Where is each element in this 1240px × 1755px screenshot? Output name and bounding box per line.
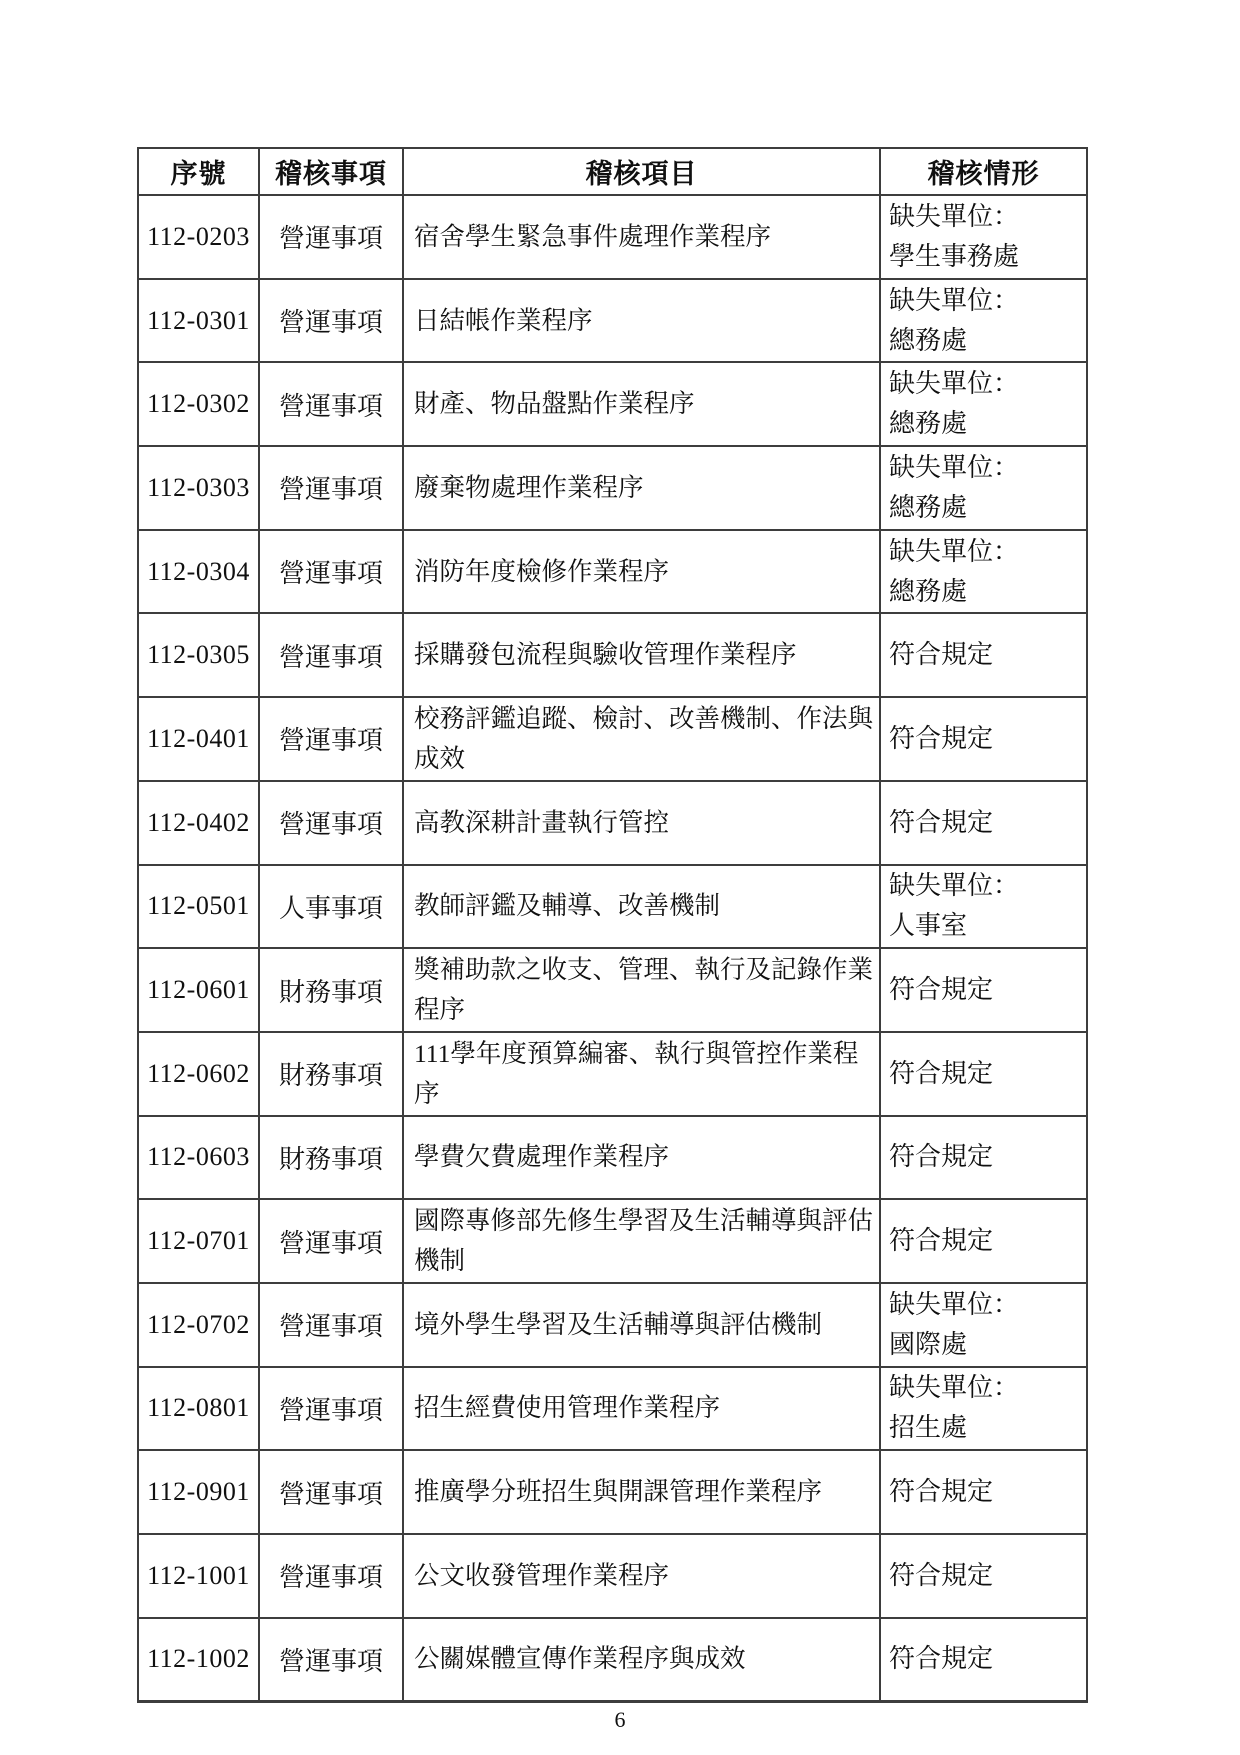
table-row: 112-0702 營運事項 境外學生學習及生活輔導與評估機制 缺失單位： 國際處 (138, 1283, 1087, 1367)
cell-category: 營運事項 (259, 279, 403, 363)
cell-item: 消防年度檢修作業程序 (403, 530, 880, 614)
cell-item: 財產、物品盤點作業程序 (403, 362, 880, 446)
cell-category: 營運事項 (259, 781, 403, 865)
header-category: 稽核事項 (259, 148, 403, 195)
cell-status: 缺失單位： 總務處 (880, 446, 1087, 530)
cell-item: 招生經費使用管理作業程序 (403, 1367, 880, 1451)
cell-item: 111學年度預算編審、執行與管控作業程 序 (403, 1032, 880, 1116)
cell-item: 公文收發管理作業程序 (403, 1534, 880, 1618)
cell-item: 採購發包流程與驗收管理作業程序 (403, 613, 880, 697)
cell-serial: 112-1002 (138, 1618, 259, 1702)
table-row: 112-0602 財務事項 111學年度預算編審、執行與管控作業程 序 符合規定 (138, 1032, 1087, 1116)
cell-status: 缺失單位： 國際處 (880, 1283, 1087, 1367)
table-row: 112-0203 營運事項 宿舍學生緊急事件處理作業程序 缺失單位： 學生事務處 (138, 195, 1087, 279)
table-row: 112-1002 營運事項 公關媒體宣傳作業程序與成效 符合規定 (138, 1618, 1087, 1702)
cell-status: 符合規定 (880, 948, 1087, 1032)
table-row: 112-0303 營運事項 廢棄物處理作業程序 缺失單位： 總務處 (138, 446, 1087, 530)
table-row: 112-0601 財務事項 獎補助款之收支、管理、執行及記錄作業 程序 符合規定 (138, 948, 1087, 1032)
cell-category: 營運事項 (259, 613, 403, 697)
cell-category: 營運事項 (259, 1283, 403, 1367)
cell-status: 符合規定 (880, 1199, 1087, 1283)
cell-category: 財務事項 (259, 1116, 403, 1200)
cell-status: 缺失單位： 總務處 (880, 362, 1087, 446)
cell-category: 營運事項 (259, 530, 403, 614)
cell-status: 缺失單位： 總務處 (880, 279, 1087, 363)
cell-serial: 112-0305 (138, 613, 259, 697)
cell-serial: 112-0401 (138, 697, 259, 781)
cell-serial: 112-0203 (138, 195, 259, 279)
cell-item: 日結帳作業程序 (403, 279, 880, 363)
table-row: 112-0701 營運事項 國際專修部先修生學習及生活輔導與評估 機制 符合規定 (138, 1199, 1087, 1283)
cell-item: 公關媒體宣傳作業程序與成效 (403, 1618, 880, 1702)
table-row: 112-0302 營運事項 財產、物品盤點作業程序 缺失單位： 總務處 (138, 362, 1087, 446)
table-row: 112-0402 營運事項 高教深耕計畫執行管控 符合規定 (138, 781, 1087, 865)
cell-serial: 112-0301 (138, 279, 259, 363)
cell-status: 符合規定 (880, 613, 1087, 697)
table-row: 112-0501 人事事項 教師評鑑及輔導、改善機制 缺失單位： 人事室 (138, 865, 1087, 949)
header-serial: 序號 (138, 148, 259, 195)
cell-serial: 112-1001 (138, 1534, 259, 1618)
cell-item: 獎補助款之收支、管理、執行及記錄作業 程序 (403, 948, 880, 1032)
cell-status: 缺失單位： 人事室 (880, 865, 1087, 949)
cell-serial: 112-0901 (138, 1450, 259, 1534)
cell-category: 營運事項 (259, 1450, 403, 1534)
cell-item: 廢棄物處理作業程序 (403, 446, 880, 530)
cell-category: 營運事項 (259, 1199, 403, 1283)
cell-category: 營運事項 (259, 1534, 403, 1618)
cell-item: 校務評鑑追蹤、檢討、改善機制、作法與 成效 (403, 697, 880, 781)
table-row: 112-1001 營運事項 公文收發管理作業程序 符合規定 (138, 1534, 1087, 1618)
cell-serial: 112-0701 (138, 1199, 259, 1283)
cell-item: 推廣學分班招生與開課管理作業程序 (403, 1450, 880, 1534)
cell-serial: 112-0303 (138, 446, 259, 530)
audit-table-body: 112-0203 營運事項 宿舍學生緊急事件處理作業程序 缺失單位： 學生事務處… (138, 195, 1087, 1701)
header-status: 稽核情形 (880, 148, 1087, 195)
cell-status: 符合規定 (880, 1450, 1087, 1534)
table-row: 112-0304 營運事項 消防年度檢修作業程序 缺失單位： 總務處 (138, 530, 1087, 614)
cell-status: 符合規定 (880, 1534, 1087, 1618)
cell-item: 高教深耕計畫執行管控 (403, 781, 880, 865)
audit-table-header: 序號 稽核事項 稽核項目 稽核情形 (138, 148, 1087, 195)
cell-serial: 112-0702 (138, 1283, 259, 1367)
cell-item: 教師評鑑及輔導、改善機制 (403, 865, 880, 949)
cell-category: 營運事項 (259, 1367, 403, 1451)
cell-status: 符合規定 (880, 781, 1087, 865)
table-row: 112-0901 營運事項 推廣學分班招生與開課管理作業程序 符合規定 (138, 1450, 1087, 1534)
cell-item: 國際專修部先修生學習及生活輔導與評估 機制 (403, 1199, 880, 1283)
cell-serial: 112-0602 (138, 1032, 259, 1116)
cell-serial: 112-0402 (138, 781, 259, 865)
cell-category: 營運事項 (259, 362, 403, 446)
table-row: 112-0801 營運事項 招生經費使用管理作業程序 缺失單位： 招生處 (138, 1367, 1087, 1451)
cell-category: 營運事項 (259, 697, 403, 781)
page-number: 6 (0, 1707, 1240, 1733)
cell-status: 缺失單位： 學生事務處 (880, 195, 1087, 279)
cell-status: 缺失單位： 總務處 (880, 530, 1087, 614)
cell-category: 營運事項 (259, 1618, 403, 1702)
cell-serial: 112-0801 (138, 1367, 259, 1451)
cell-serial: 112-0603 (138, 1116, 259, 1200)
cell-category: 營運事項 (259, 195, 403, 279)
cell-item: 學費欠費處理作業程序 (403, 1116, 880, 1200)
cell-status: 缺失單位： 招生處 (880, 1367, 1087, 1451)
header-item: 稽核項目 (403, 148, 880, 195)
cell-status: 符合規定 (880, 1618, 1087, 1702)
cell-category: 財務事項 (259, 1032, 403, 1116)
cell-category: 人事事項 (259, 865, 403, 949)
cell-serial: 112-0501 (138, 865, 259, 949)
cell-status: 符合規定 (880, 1032, 1087, 1116)
cell-serial: 112-0304 (138, 530, 259, 614)
table-row: 112-0603 財務事項 學費欠費處理作業程序 符合規定 (138, 1116, 1087, 1200)
table-row: 112-0401 營運事項 校務評鑑追蹤、檢討、改善機制、作法與 成效 符合規定 (138, 697, 1087, 781)
cell-serial: 112-0601 (138, 948, 259, 1032)
header-row: 序號 稽核事項 稽核項目 稽核情形 (138, 148, 1087, 195)
cell-status: 符合規定 (880, 1116, 1087, 1200)
cell-item: 境外學生學習及生活輔導與評估機制 (403, 1283, 880, 1367)
cell-serial: 112-0302 (138, 362, 259, 446)
table-row: 112-0305 營運事項 採購發包流程與驗收管理作業程序 符合規定 (138, 613, 1087, 697)
cell-status: 符合規定 (880, 697, 1087, 781)
cell-category: 營運事項 (259, 446, 403, 530)
table-row: 112-0301 營運事項 日結帳作業程序 缺失單位： 總務處 (138, 279, 1087, 363)
cell-category: 財務事項 (259, 948, 403, 1032)
audit-table: 序號 稽核事項 稽核項目 稽核情形 112-0203 營運事項 宿舍學生緊急事件… (137, 147, 1088, 1703)
cell-item: 宿舍學生緊急事件處理作業程序 (403, 195, 880, 279)
